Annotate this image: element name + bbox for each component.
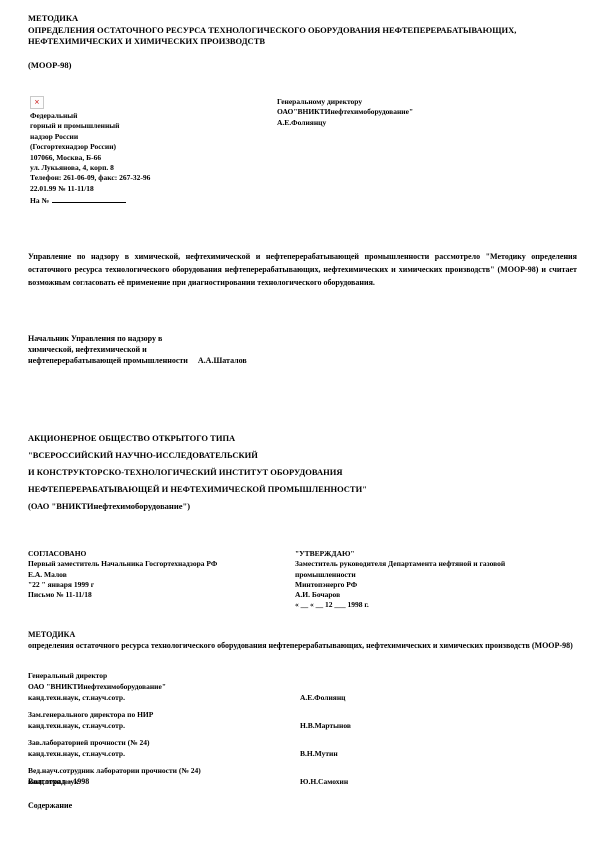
approval-signature-line: нефтеперерабатывающей промышленности [28, 355, 188, 366]
signatory-title-line: Генеральный директор [28, 670, 448, 681]
sender-ref-label: На № [30, 196, 49, 205]
signatory-title-line: Зам.генерального директора по НИР [28, 709, 448, 720]
broken-image-icon: × [30, 96, 44, 109]
signatory-name: Ю.Н.Самохин [300, 776, 348, 787]
sender-line: 22.01.99 № 11-11/18 [30, 184, 270, 194]
agreed-title: СОГЛАСОВАНО [28, 549, 288, 559]
method-title-block: МЕТОДИКА определения остаточного ресурса… [28, 630, 588, 651]
sender-letterhead-block: × Федеральный горный и промышленный надз… [30, 96, 270, 207]
approval-signature-name: А.А.Шаталов [198, 355, 247, 366]
sender-line: надзор России [30, 132, 270, 142]
signatory-name: Н.В.Мартынов [300, 720, 351, 731]
agreed-line: Е.А. Малов [28, 570, 288, 580]
sender-ref-line: На № [30, 194, 270, 206]
approval-signature-line: Начальник Управления по надзору в [28, 333, 358, 344]
signatory-name: А.Е.Фолиянц [300, 692, 346, 703]
sender-line: Телефон: 261-06-09, факс: 267-32-96 [30, 173, 270, 183]
agreed-line: "22 " января 1999 г [28, 580, 288, 590]
signatory-title-line: канд.техн.наук, ст.науч.сотр. [28, 720, 448, 731]
signatory-item: Генеральный директор ОАО "ВНИКТИнефтехим… [28, 670, 448, 703]
agreed-block: СОГЛАСОВАНО Первый заместитель Начальник… [28, 549, 288, 600]
signatory-item: Вед.науч.сотрудник лаборатории прочности… [28, 765, 448, 787]
recipient-line: А.Е.Фолиянцу [277, 118, 577, 128]
company-line: АКЦИОНЕРНОЕ ОБЩЕСТВО ОТКРЫТОГО ТИПА [28, 430, 573, 447]
contents-heading: Содержание [28, 801, 72, 810]
signatory-title-line: Вед.науч.сотрудник лаборатории прочности… [28, 765, 448, 776]
recipient-line: ОАО"ВНИКТИнефтехимоборудование" [277, 107, 577, 117]
sender-line: 107066, Москва, Б-66 [30, 153, 270, 163]
approved-line: промышленности [295, 570, 585, 580]
approved-line: Минтопэнерго РФ [295, 580, 585, 590]
document-title: МЕТОДИКА [28, 13, 573, 25]
signatory-name: В.Н.Мутин [300, 748, 338, 759]
sender-line: ул. Лукьянова, 4, корп. 8 [30, 163, 270, 173]
document-title-block: МЕТОДИКА ОПРЕДЕЛЕНИЯ ОСТАТОЧНОГО РЕСУРСА… [28, 13, 573, 71]
document-code: (МООР-98) [28, 60, 573, 72]
recipient-block: Генеральному директору ОАО"ВНИКТИнефтехи… [277, 97, 577, 128]
company-line: НЕФТЕПЕРЕРАБАТЫВАЮЩЕЙ И НЕФТЕХИМИЧЕСКОЙ … [28, 481, 573, 498]
broken-image-x-glyph: × [34, 98, 39, 107]
document-subtitle-line: ОПРЕДЕЛЕНИЯ ОСТАТОЧНОГО РЕСУРСА ТЕХНОЛОГ… [28, 25, 573, 37]
signatory-title-line: канд.техн.наук, ст.науч.сотр. [28, 692, 448, 703]
sender-line: горный и промышленный [30, 121, 270, 131]
approved-date-line: « __ « __ 12 ___ 1998 г. [295, 600, 585, 610]
sender-line: Федеральный [30, 111, 270, 121]
company-name-block: АКЦИОНЕРНОЕ ОБЩЕСТВО ОТКРЫТОГО ТИПА "ВСЕ… [28, 430, 573, 515]
approval-signature-line: химической, нефтехимической и [28, 344, 358, 355]
agreed-line: Письмо № 11-11/18 [28, 590, 288, 600]
signatory-title-line: ОАО "ВНИКТИнефтехимоборудование" [28, 681, 448, 692]
recipient-line: Генеральному директору [277, 97, 577, 107]
signatories-block: Генеральный директор ОАО "ВНИКТИнефтехим… [28, 670, 448, 793]
approval-signature-row: нефтеперерабатывающей промышленности А.А… [28, 355, 358, 366]
approval-signature-block: Начальник Управления по надзору в химиче… [28, 333, 358, 366]
sender-line: (Госгортехнадзор России) [30, 142, 270, 152]
approved-block: "УТВЕРЖДАЮ" Заместитель руководителя Деп… [295, 549, 585, 611]
blank-rule-line [52, 194, 126, 203]
method-title: МЕТОДИКА [28, 630, 588, 641]
approved-line: А.И. Бочаров [295, 590, 585, 600]
signatory-item: Зав.лабораторией прочности (№ 24) канд.т… [28, 737, 448, 759]
document-subtitle-line: НЕФТЕХИМИЧЕСКИХ И ХИМИЧЕСКИХ ПРОИЗВОДСТВ [28, 36, 573, 48]
company-line: "ВСЕРОССИЙСКИЙ НАУЧНО-ИССЛЕДОВАТЕЛЬСКИЙ [28, 447, 573, 464]
approved-title: "УТВЕРЖДАЮ" [295, 549, 585, 559]
signatory-title-line: канд.техн.наук, ст.науч.сотр. [28, 748, 448, 759]
company-line: И КОНСТРУКТОРСКО-ТЕХНОЛОГИЧЕСКИЙ ИНСТИТУ… [28, 464, 573, 481]
agreed-line: Первый заместитель Начальника Госгортехн… [28, 559, 288, 569]
approved-line: Заместитель руководителя Департамента не… [295, 559, 585, 569]
body-paragraph: Управление по надзору в химической, нефт… [28, 250, 577, 289]
company-line: (ОАО "ВНИКТИнефтехимоборудование") [28, 498, 573, 515]
signatory-item: Зам.генерального директора по НИР канд.т… [28, 709, 448, 731]
signatory-title-line: Зав.лабораторией прочности (№ 24) [28, 737, 448, 748]
signatory-title-line: канд.техн.наук [28, 776, 448, 787]
city-year-line: Волгоград – 1998 [28, 777, 89, 786]
method-subtitle: определения остаточного ресурса технолог… [28, 641, 588, 652]
document-page: МЕТОДИКА ОПРЕДЕЛЕНИЯ ОСТАТОЧНОГО РЕСУРСА… [0, 0, 595, 842]
